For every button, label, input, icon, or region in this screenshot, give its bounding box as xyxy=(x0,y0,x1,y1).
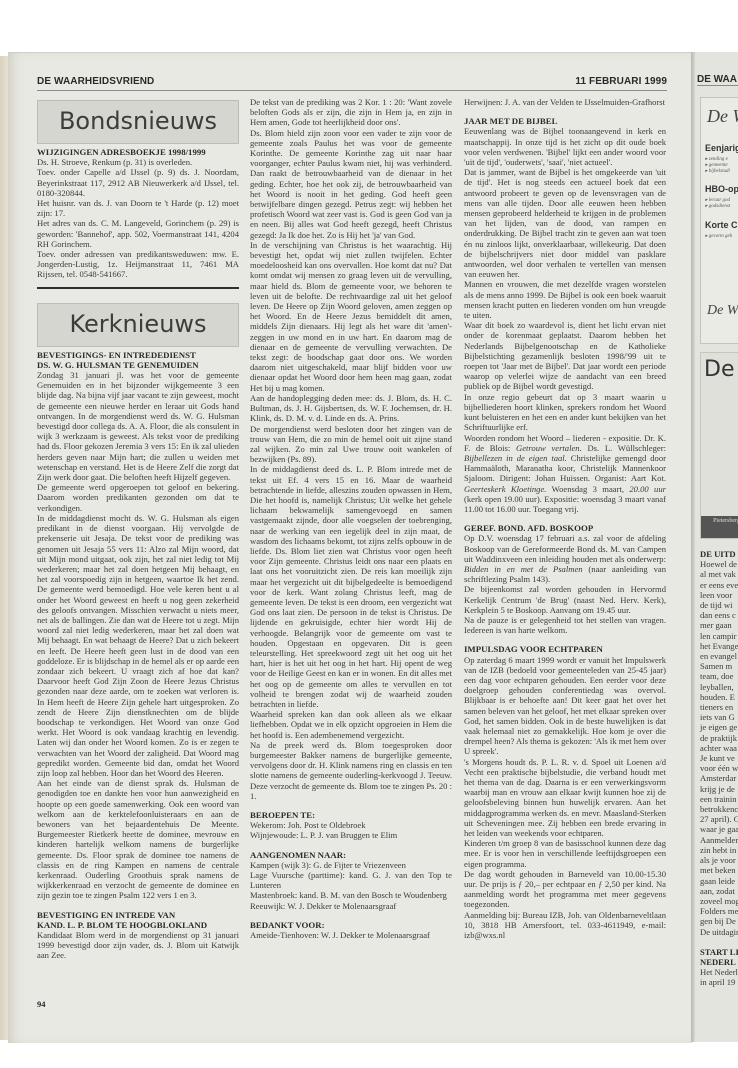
advertisement-training: De W Eenjarig ▸ zending e ▸ gemeente ▸ b… xyxy=(700,97,738,344)
text-line: dan eens c xyxy=(700,610,738,620)
paragraph: Aan de handoplegging deden mee: ds. J. B… xyxy=(250,393,452,424)
column-1: Bondsnieuws WIJZIGINGEN ADRESBOEKJE 1998… xyxy=(37,100,239,961)
paragraph: Aanmelding bij: Bureau IZB, Joh. van Old… xyxy=(464,910,666,941)
paragraph: Het huisnr. van ds. J. van Doorn te 't H… xyxy=(37,198,239,218)
ad-footer: Pietersberg Tel xyxy=(701,516,738,538)
paragraph: Het adres van ds. C. M. Langeveld, Gorin… xyxy=(37,218,239,249)
article-heading: BEVESTIGINGS- EN INTREDEDIENST xyxy=(37,350,239,360)
lecture-title: Bijbellezen in de eigen taal. xyxy=(464,453,567,463)
text-line: zoveel mog xyxy=(700,896,738,906)
paragraph: Aan het einde van de dienst sprak ds. Hu… xyxy=(37,778,239,900)
section-divider xyxy=(37,287,239,289)
advertisement-2: De P Pietersberg Tel xyxy=(700,352,738,539)
page-number: 94 xyxy=(37,999,46,1009)
paragraph: Waarheid spreken kan dan ook alleen als … xyxy=(250,709,452,740)
text-line: leyballen, xyxy=(700,682,738,692)
paragraph: In de middagdienst deed ds. L. P. Blom i… xyxy=(250,464,452,709)
event-time: 20.00 uur xyxy=(629,484,666,494)
text-line: het Evange xyxy=(700,641,738,651)
article-heading: BEVESTIGING EN INTREDE VAN xyxy=(37,910,239,920)
running-head: DE WAARHEIDSVRIEND 11 FEBRUARI 1999 xyxy=(37,74,667,91)
venue: Geerteskerk Kloetinge. xyxy=(464,484,546,494)
issue-date: 11 FEBRUARI 1999 xyxy=(575,76,667,87)
article-heading: IMPULSDAG VOOR ECHTPAREN xyxy=(464,644,666,654)
text-line: leen voor xyxy=(700,590,738,600)
paragraph: In de verschijning van Christus is het w… xyxy=(250,240,452,393)
article-heading: KAND. L. P. BLOM TE HOOGBLOKLAND xyxy=(37,920,239,930)
text-line: aan, zodat xyxy=(700,886,738,896)
paragraph: Zondag 31 januari jl. was het voor de ge… xyxy=(37,370,239,482)
text-line: betrokkenc xyxy=(700,804,738,814)
section-banner-bondsnieuws: Bondsnieuws xyxy=(37,100,239,144)
column-3: Herwijnen: J. A. van der Velden te IJsse… xyxy=(464,97,666,940)
text-line: met beken xyxy=(700,865,738,875)
paragraph: Mannen en vrouwen, die met dezelfde vrag… xyxy=(464,279,666,320)
list-item: Ameide-Tienhoven: W. J. Dekker te Molena… xyxy=(250,930,452,940)
text-line: Folders me xyxy=(700,906,738,916)
ad-item: Korte C xyxy=(705,220,738,230)
text-line: een trainin xyxy=(700,794,738,804)
paragraph: De dag wordt gehouden in Barneveld van 1… xyxy=(464,869,666,910)
paragraph: De gemeente werd opgeroepen tot geloof e… xyxy=(37,482,239,513)
section-banner-kerknieuws: Kerknieuws xyxy=(37,303,239,347)
text-line: Amsterdar xyxy=(700,773,738,783)
lecture-title: Getrouw vertalen. xyxy=(516,443,582,453)
paragraph: Op zaterdag 6 maart 1999 wordt er vanuit… xyxy=(464,655,666,757)
article-heading: DS. W. G. HULSMAN TE GENEMUIDEN xyxy=(37,360,239,370)
list-item: Lage Vuursche (parttime): kand. G. J. va… xyxy=(250,870,452,890)
text-line: Aanmelden xyxy=(700,835,738,845)
text-line: en evangel xyxy=(700,651,738,661)
paragraph: Op D.V. woensdag 17 februari a.s. zal vo… xyxy=(464,533,666,584)
lecture-title: Bidden in en met de Psalmen xyxy=(464,564,583,574)
next-page-partial: DE WAA De W Eenjarig ▸ zending e ▸ gemee… xyxy=(695,52,738,1042)
paragraph: 's Morgens houdt ds. P. L. R. v. d. Spoe… xyxy=(464,757,666,839)
article-heading: START LI xyxy=(700,947,738,957)
text: Ds. L. Wüllschleger: xyxy=(582,443,666,453)
list-item: Wekerom: Joh. Post te Oldebroek xyxy=(250,820,452,830)
paragraph: Waar dit boek zo waardevol is, dient het… xyxy=(464,320,666,391)
text-line: gaan leide xyxy=(700,876,738,886)
article-heading: AANGENOMEN NAAR: xyxy=(250,850,452,860)
program-paragraph: Woorden rondom het Woord – liederen - ex… xyxy=(464,433,666,515)
text-line: als je voor xyxy=(700,855,738,865)
ad-footer-logo: De W xyxy=(707,303,738,319)
column-2: De tekst van de prediking was 2 Kor. 1 :… xyxy=(250,97,452,940)
text-line: zin hebt in xyxy=(700,845,738,855)
ad-item: Eenjarig xyxy=(705,143,738,153)
publication-name: DE WAARHEIDSVRIEND xyxy=(37,76,154,87)
paragraph: Ds. H. Stroeve, Renkum (p. 31) is overle… xyxy=(37,157,239,167)
text: (kerk open 19.00 uur). Expositie: woensd… xyxy=(464,494,666,514)
paragraph: Ds. Blom hield zijn zoon voor een vader … xyxy=(250,128,452,240)
text-line: De uitdagin xyxy=(700,927,738,937)
paragraph: Dat is jammer, want de Bijbel is het omg… xyxy=(464,167,666,279)
text-line: je eigen ge xyxy=(700,722,738,732)
list-item: Reeuwijk: W. J. Dekker te Molenaarsgraaf xyxy=(250,901,452,911)
ad-bullet: ▸ gevorm geh xyxy=(705,233,732,239)
paragraph: Toev. onder adressen van predikantsweduw… xyxy=(37,249,239,280)
article-heading: BEROEPEN TE: xyxy=(250,810,452,820)
text-line: 27 april). C xyxy=(700,814,738,824)
next-page-article: DE UITD Hoewel de al met vak er eens eve… xyxy=(700,549,738,988)
paragraph: In de middagdienst mocht ds. W. G. Hulsm… xyxy=(37,513,239,778)
text-line: iets van G xyxy=(700,712,738,722)
ad-bullet: ▸ godsdienst xyxy=(705,203,730,209)
text-line: mer gaan xyxy=(700,620,738,630)
text-line: Het Nederl xyxy=(700,967,738,977)
paragraph: De tekst van de prediking was 2 Kor. 1 :… xyxy=(250,97,452,128)
text-line: Je kunt ve xyxy=(700,753,738,763)
text-line: krijg je de xyxy=(700,784,738,794)
article-heading: GEREF. BOND. AFD. BOSKOOP xyxy=(464,523,666,533)
article-heading: DE UITD xyxy=(700,549,738,559)
paragraph: Na de preek werd ds. Blom toegesproken d… xyxy=(250,740,452,801)
list-item: Wijnjewoude: L. P. J. van Bruggen te Eli… xyxy=(250,830,452,840)
text-line: Samen m xyxy=(700,661,738,671)
article-heading: WIJZIGINGEN ADRESBOEKJE 1998/1999 xyxy=(37,147,239,157)
article-heading: JAAR MET DE BIJBEL xyxy=(464,116,666,126)
text-line: de praktijk xyxy=(700,733,738,743)
paragraph: Toev. onder Capelle a/d IJssel (p. 9) ds… xyxy=(37,167,239,198)
ad-logo: De W xyxy=(707,106,738,127)
text-line: tieners en xyxy=(700,702,738,712)
next-page-running-head: DE WAA xyxy=(697,74,738,86)
article-heading: BEDANKT VOOR: xyxy=(250,920,452,930)
list-item: Kampen (wijk 3): G. de Fijter te Vriezen… xyxy=(250,860,452,870)
paragraph: Eeuwenlang was de Bijbel toonaangevend i… xyxy=(464,126,666,167)
text-line: voor één w xyxy=(700,763,738,773)
paragraph: Na de pauze is er gelegenheid tot het st… xyxy=(464,615,666,635)
text-line: team, doe xyxy=(700,671,738,681)
text-line: er eens eve xyxy=(700,580,738,590)
text: Op D.V. woensdag 17 februari a.s. zal vo… xyxy=(464,533,666,563)
text-line: in april 19 xyxy=(700,977,738,987)
paragraph: De morgendienst werd besloten door het z… xyxy=(250,424,452,465)
text-line: achter waa xyxy=(700,743,738,753)
text-line: len campir xyxy=(700,631,738,641)
text-line: gen bij De xyxy=(700,916,738,926)
paragraph: In onze regio gebeurt dat op 3 maart waa… xyxy=(464,392,666,433)
text-line: waar je gaa xyxy=(700,824,738,834)
paragraph: Herwijnen: J. A. van der Velden te IJsse… xyxy=(464,97,666,107)
text-line: Hoewel de xyxy=(700,559,738,569)
ad-title: De P xyxy=(704,357,738,382)
text-line: al met vak xyxy=(700,569,738,579)
article-heading: NEDERL xyxy=(700,957,738,967)
paragraph: De bijeenkomst zal worden gehouden in He… xyxy=(464,584,666,615)
list-item: Mastenbroek: kand. B. M. van den Bosch t… xyxy=(250,890,452,900)
text: Woensdag 3 maart, xyxy=(546,484,629,494)
text-line: de tijd wi xyxy=(700,600,738,610)
paragraph: Kinderen t/m groep 8 van de basisschool … xyxy=(464,838,666,869)
ad-item: HBO-op xyxy=(705,184,738,194)
text-line: houden. E xyxy=(700,692,738,702)
paragraph: Kandidaat Blom werd in de morgendienst o… xyxy=(37,930,239,961)
ad-bullet: ▸ bijbelstudi xyxy=(705,168,730,174)
